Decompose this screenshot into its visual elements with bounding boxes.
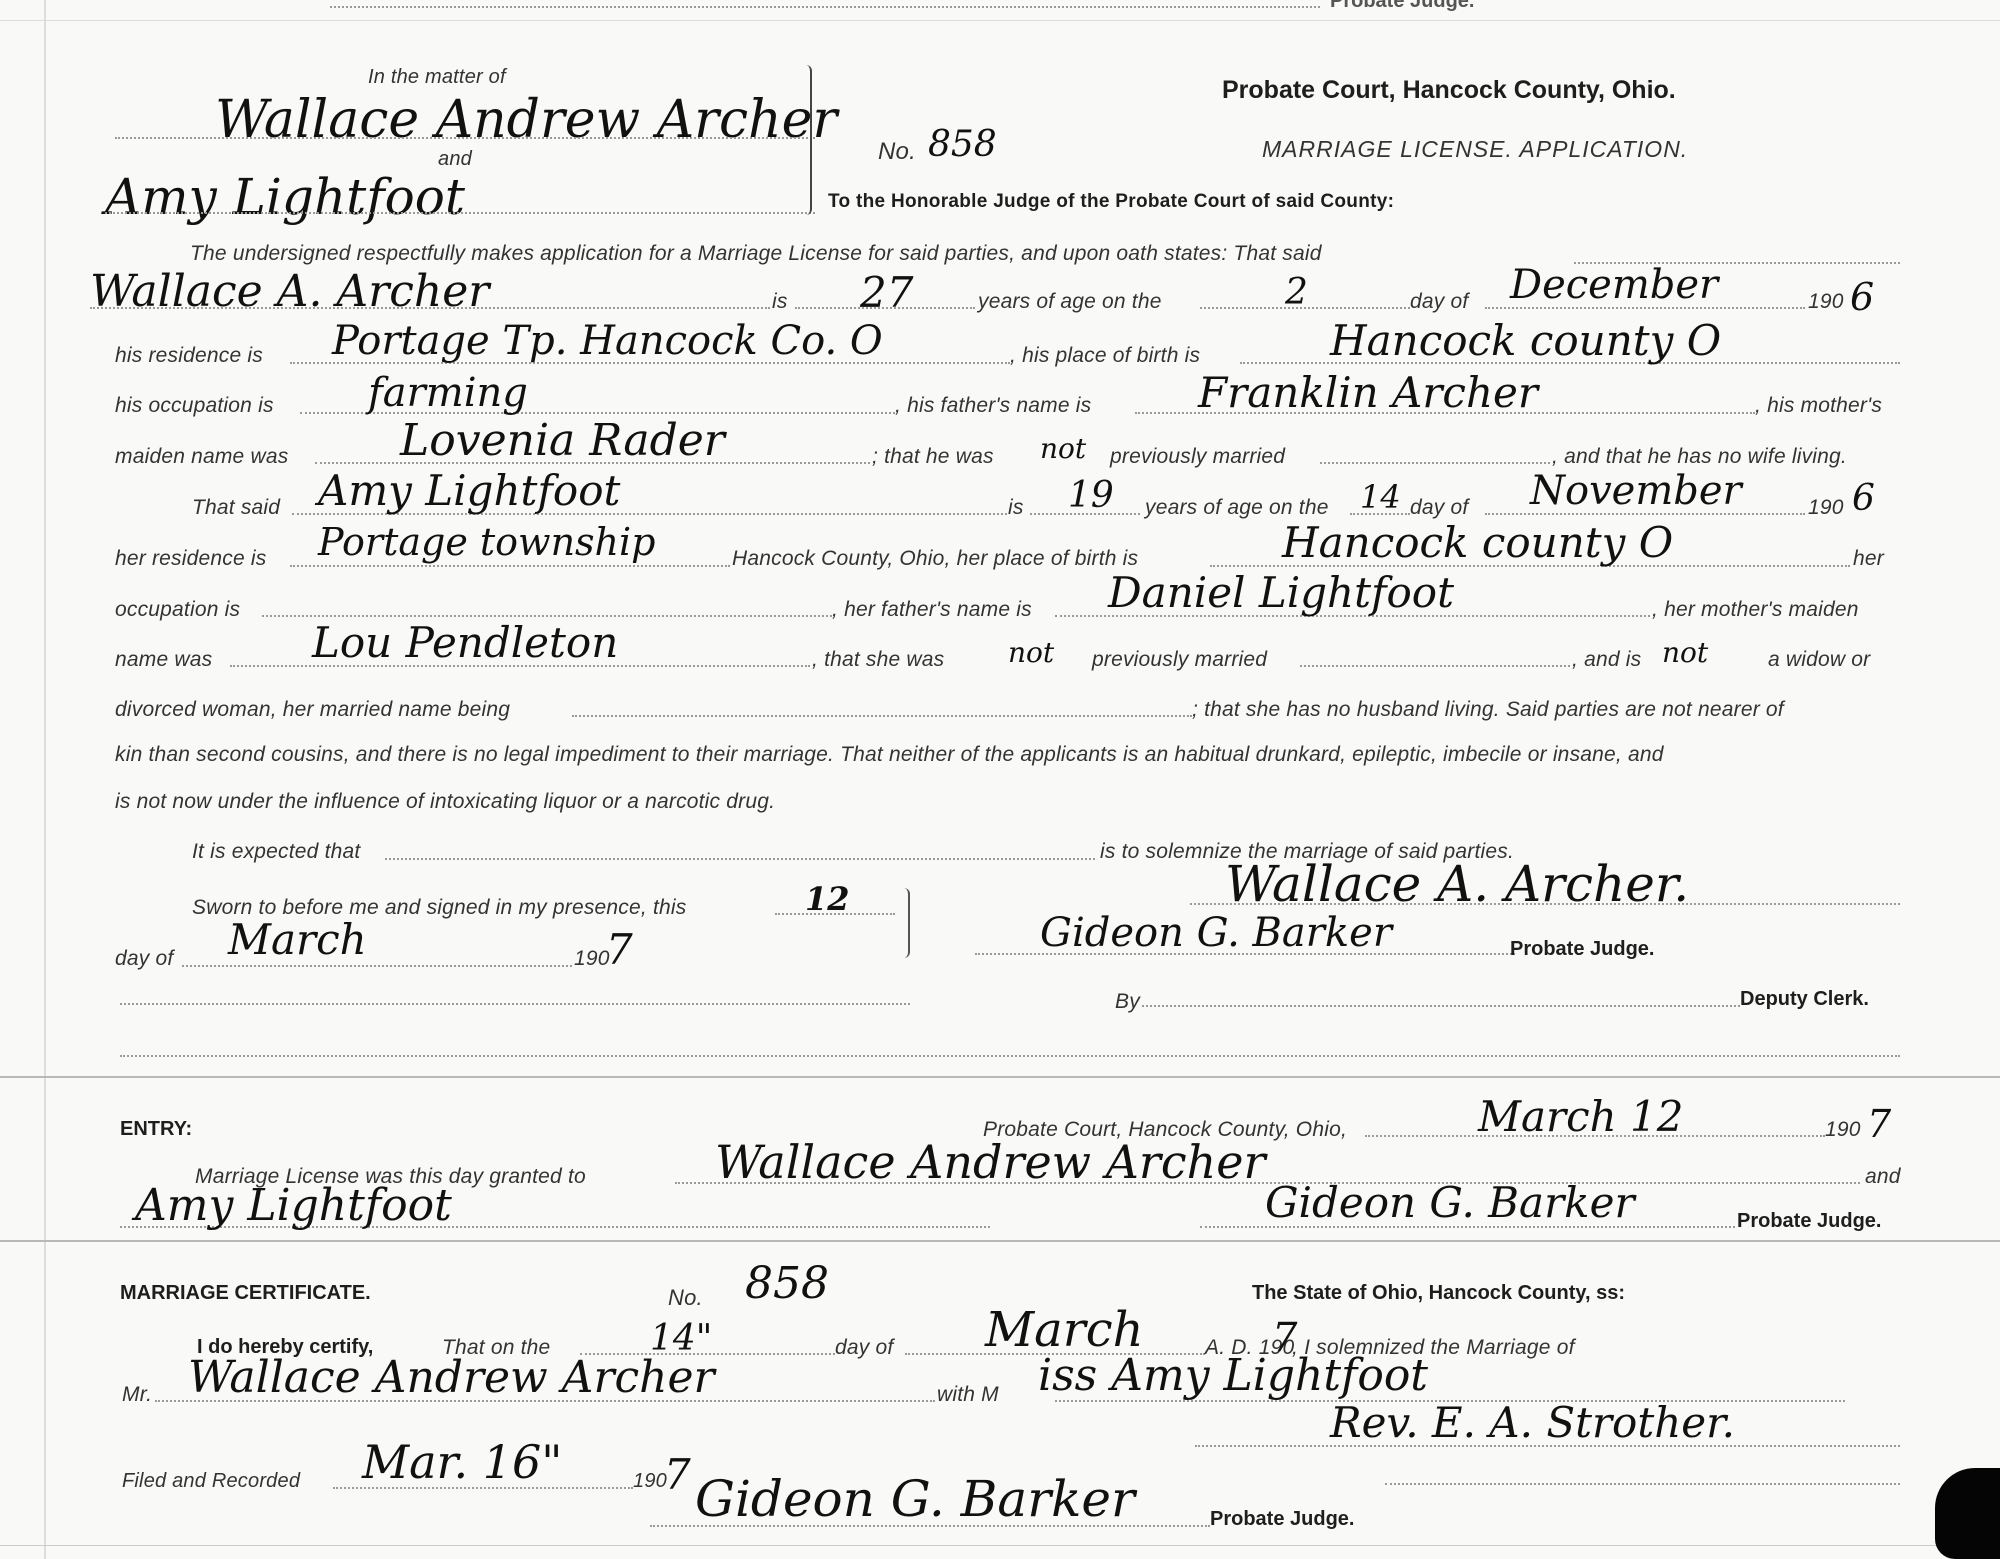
married-name-line	[572, 715, 1192, 717]
bride-full-name-handwritten: Amy Lightfoot	[105, 168, 465, 226]
by-label: By	[1115, 990, 1140, 1014]
groom-age: 27	[860, 268, 913, 317]
previously-married-label: previously married	[1092, 648, 1267, 672]
year-prefix: 190	[1808, 290, 1844, 314]
deputy-clerk-line	[1142, 1005, 1740, 1007]
her-residence-label: her residence is	[115, 547, 266, 571]
married-name-label: divorced woman, her married name being	[115, 698, 510, 722]
bride-birthday-month: November	[1530, 468, 1742, 514]
section-divider-1	[0, 1076, 2000, 1078]
day-of-label: day of	[1410, 496, 1468, 520]
groom-name-line	[115, 137, 815, 139]
groom-married-line	[1320, 462, 1550, 464]
with-label: with M	[937, 1383, 999, 1407]
his-mother-label: , his mother's	[1755, 394, 1882, 418]
is-label: is	[1008, 496, 1024, 520]
sworn-bracket	[900, 888, 910, 958]
certificate-number: 858	[745, 1258, 829, 1309]
oath-text-line-1: kin than second cousins, and there is no…	[115, 743, 1664, 767]
bride-occupation-line	[262, 615, 832, 617]
sworn-year-suffix: 7	[606, 925, 633, 974]
groom-name-field-line	[90, 307, 770, 309]
judge-signature-application: Gideon G. Barker	[1040, 910, 1392, 956]
state-county-label: The State of Ohio, Hancock County, ss:	[1252, 1282, 1625, 1305]
ink-blot	[1935, 1468, 2000, 1559]
entry-groom: Wallace Andrew Archer	[715, 1135, 1265, 1189]
no-wife-living-text: , and that he has no wife living.	[1552, 445, 1847, 469]
is-label: is	[772, 290, 788, 314]
filed-date: Mar. 16"	[362, 1435, 562, 1489]
his-occupation-label: his occupation is	[115, 394, 274, 418]
bride-birthplace: Hancock county O	[1282, 518, 1673, 567]
bride-name-short: Amy Lightfoot	[318, 466, 620, 515]
bride-residence: Portage township	[318, 520, 656, 564]
form-title: MARRIAGE LICENSE. APPLICATION.	[1262, 136, 1688, 163]
filed-year-suffix: 7	[664, 1450, 691, 1499]
her-mother-maiden-label: , her mother's maiden	[1652, 598, 1859, 622]
oath-text-line-2: is not now under the influence of intoxi…	[115, 790, 775, 814]
groom-full-name-handwritten: Wallace Andrew Archer	[215, 90, 837, 150]
groom-occupation: farming	[368, 370, 528, 416]
bride-birthday-year-suffix: 6	[1852, 478, 1875, 519]
widow-or-label: a widow or	[1768, 648, 1870, 672]
his-father-label: , his father's name is	[895, 394, 1091, 418]
groom-birthday-month: December	[1510, 262, 1718, 308]
day-of-label: day of	[835, 1336, 893, 1360]
certificate-heading: MARRIAGE CERTIFICATE.	[120, 1282, 371, 1305]
hancock-county-birthplace-label: Hancock County, Ohio, her place of birth…	[732, 547, 1138, 571]
top-rule	[0, 20, 2000, 21]
expected-label: It is expected that	[192, 840, 360, 864]
maiden-name-label: maiden name was	[115, 445, 288, 469]
bride-birthday-day: 14	[1360, 478, 1401, 516]
year-prefix: 190	[1808, 496, 1844, 520]
application-number: 858	[928, 124, 997, 165]
years-of-age-label: years of age on the	[1145, 496, 1329, 520]
certificate-bride: iss Amy Lightfoot	[1038, 1350, 1428, 1401]
entry-bride: Amy Lightfoot	[135, 1180, 452, 1231]
bride-residence-line	[290, 565, 730, 567]
sworn-day: 12	[805, 880, 850, 918]
sworn-month: March	[228, 915, 367, 964]
year-prefix: 190	[1825, 1118, 1861, 1142]
and-label: and	[1865, 1165, 1901, 1189]
in-matter-of-label: In the matter of	[368, 66, 506, 89]
groom-previously-married: not	[1040, 432, 1086, 465]
and-is-label: , and is	[1572, 648, 1641, 672]
groom-father: Franklin Archer	[1198, 368, 1538, 417]
entry-year-suffix: 7	[1867, 1102, 1891, 1146]
officiant-signature: Rev. E. A. Strother.	[1330, 1398, 1735, 1447]
matter-bracket	[800, 65, 812, 215]
bride-widow-status: not	[1662, 636, 1708, 669]
groom-residence: Portage Tp. Hancock Co. O	[332, 318, 883, 364]
bride-mother: Lou Pendleton	[312, 618, 618, 667]
probate-judge-label: Probate Judge.	[1737, 1210, 1881, 1233]
officiant-expected-line	[385, 858, 1095, 860]
certificate-judge-signature: Gideon G. Barker	[695, 1470, 1135, 1528]
no-husband-living-text: ; that she has no husband living. Said p…	[1192, 698, 1784, 722]
previously-married-label: previously married	[1110, 445, 1285, 469]
groom-birthday-day: 2	[1285, 272, 1308, 313]
court-title: Probate Court, Hancock County, Ohio.	[1222, 76, 1676, 105]
name-was-label: name was	[115, 648, 212, 672]
she-was-label: , that she was	[812, 648, 944, 672]
certificate-groom: Wallace Andrew Archer	[188, 1352, 715, 1403]
top-remnant-text: Probate Judge.	[1330, 0, 1474, 13]
bride-married-line	[1300, 665, 1570, 667]
year-prefix: 190	[633, 1470, 667, 1493]
bride-age: 19	[1068, 475, 1114, 516]
address-to-judge: To the Honorable Judge of the Probate Co…	[828, 191, 1394, 213]
groom-name-short: Wallace A. Archer	[90, 266, 489, 317]
her-label: her	[1853, 547, 1884, 571]
bride-previously-married: not	[1008, 636, 1054, 669]
years-of-age-label: years of age on the	[978, 290, 1162, 314]
top-remnant-dots	[330, 6, 1320, 8]
he-was-label: ; that he was	[872, 445, 994, 469]
probate-judge-label: Probate Judge.	[1210, 1508, 1354, 1531]
groom-mother: Lovenia Rader	[400, 415, 725, 466]
marriage-record-page: Probate Judge. In the matter of Wallace …	[0, 0, 2000, 1559]
bride-occupation-label: occupation is	[115, 598, 240, 622]
bottom-rule	[0, 1545, 2000, 1546]
entry-heading: ENTRY:	[120, 1118, 192, 1141]
section-divider-2	[0, 1240, 2000, 1242]
his-birthplace-label: , his place of birth is	[1010, 344, 1200, 368]
blank-line-1	[120, 1003, 910, 1005]
year-prefix: 190	[574, 947, 610, 971]
application-no-label: No.	[878, 138, 916, 166]
certificate-no-label: No.	[668, 1285, 703, 1311]
bride-father: Daniel Lightfoot	[1108, 568, 1454, 617]
his-residence-label: his residence is	[115, 344, 263, 368]
groom-birthplace: Hancock county O	[1330, 316, 1721, 365]
day-of-label: day of	[1410, 290, 1468, 314]
her-father-label: , her father's name is	[832, 598, 1032, 622]
entry-judge-signature: Gideon G. Barker	[1265, 1178, 1635, 1227]
mr-label: Mr.	[122, 1383, 152, 1407]
bride-name-line	[105, 212, 815, 214]
witness-line	[1385, 1483, 1900, 1485]
probate-judge-label: Probate Judge.	[1510, 938, 1654, 961]
deputy-clerk-label: Deputy Clerk.	[1740, 988, 1869, 1011]
that-said-label: That said	[192, 496, 280, 520]
page-margin-line	[44, 0, 46, 1559]
entry-date: March 12	[1478, 1092, 1684, 1141]
filed-recorded-label: Filed and Recorded	[122, 1470, 300, 1493]
sworn-month-line	[182, 965, 572, 967]
groom-birthday-year-suffix: 6	[1850, 275, 1874, 319]
applicant-signature: Wallace A. Archer.	[1225, 855, 1689, 913]
blank-line-2	[120, 1055, 1900, 1057]
application-intro: The undersigned respectfully makes appli…	[190, 242, 1322, 266]
day-of-label: day of	[115, 947, 173, 971]
